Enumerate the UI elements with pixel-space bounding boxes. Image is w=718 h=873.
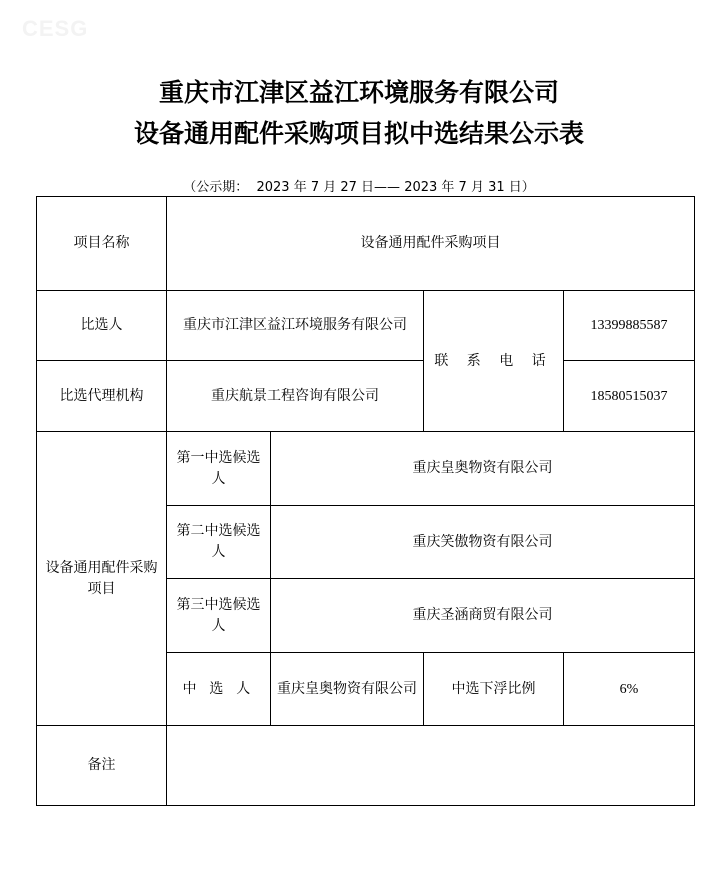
page-title-line1: 重庆市江津区益江环境服务有限公司 (0, 78, 718, 108)
agency-value: 重庆航景工程咨询有限公司 (167, 361, 424, 432)
purchaser-label: 比选人 (37, 291, 167, 361)
page-title-line2: 设备通用配件采购项目拟中选结果公示表 (0, 119, 718, 149)
candidate-name: 重庆皇奥物资有限公司 (271, 432, 695, 506)
candidate-name: 重庆圣涵商贸有限公司 (271, 579, 695, 653)
discount-label: 中选下浮比例 (424, 653, 564, 726)
winner-value: 重庆皇奥物资有限公司 (271, 653, 424, 726)
candidate-name: 重庆笑傲物资有限公司 (271, 506, 695, 579)
candidate-rank-label: 第一中选候选人 (167, 432, 271, 506)
purchaser-phone: 13399885587 (564, 291, 695, 361)
discount-value: 6% (564, 653, 695, 726)
row-project-name: 项目名称 设备通用配件采购项目 (37, 197, 695, 291)
purchaser-value: 重庆市江津区益江环境服务有限公司 (167, 291, 424, 361)
winner-label: 中 选 人 (167, 653, 271, 726)
results-table: 项目名称 设备通用配件采购项目 比选人 重庆市江津区益江环境服务有限公司 联 系… (36, 196, 695, 806)
agency-label: 比选代理机构 (37, 361, 167, 432)
candidate-rank-label: 第二中选候选人 (167, 506, 271, 579)
row-candidate-1: 设备通用配件采购项目 第一中选候选人 重庆皇奥物资有限公司 (37, 432, 695, 506)
row-purchaser: 比选人 重庆市江津区益江环境服务有限公司 联 系 电 话 13399885587 (37, 291, 695, 361)
remarks-value (167, 726, 695, 806)
agency-phone: 18580515037 (564, 361, 695, 432)
project-name-label: 项目名称 (37, 197, 167, 291)
remarks-label: 备注 (37, 726, 167, 806)
watermark: CESG (22, 16, 88, 42)
section-label: 设备通用配件采购项目 (37, 432, 167, 726)
project-name-value: 设备通用配件采购项目 (167, 197, 695, 291)
contact-phone-label: 联 系 电 话 (424, 291, 564, 432)
row-agency: 比选代理机构 重庆航景工程咨询有限公司 18580515037 (37, 361, 695, 432)
publicity-period: （公示期： 2023 年 7 月 27 日—— 2023 年 7 月 31 日） (0, 176, 718, 195)
row-remarks: 备注 (37, 726, 695, 806)
candidate-rank-label: 第三中选候选人 (167, 579, 271, 653)
